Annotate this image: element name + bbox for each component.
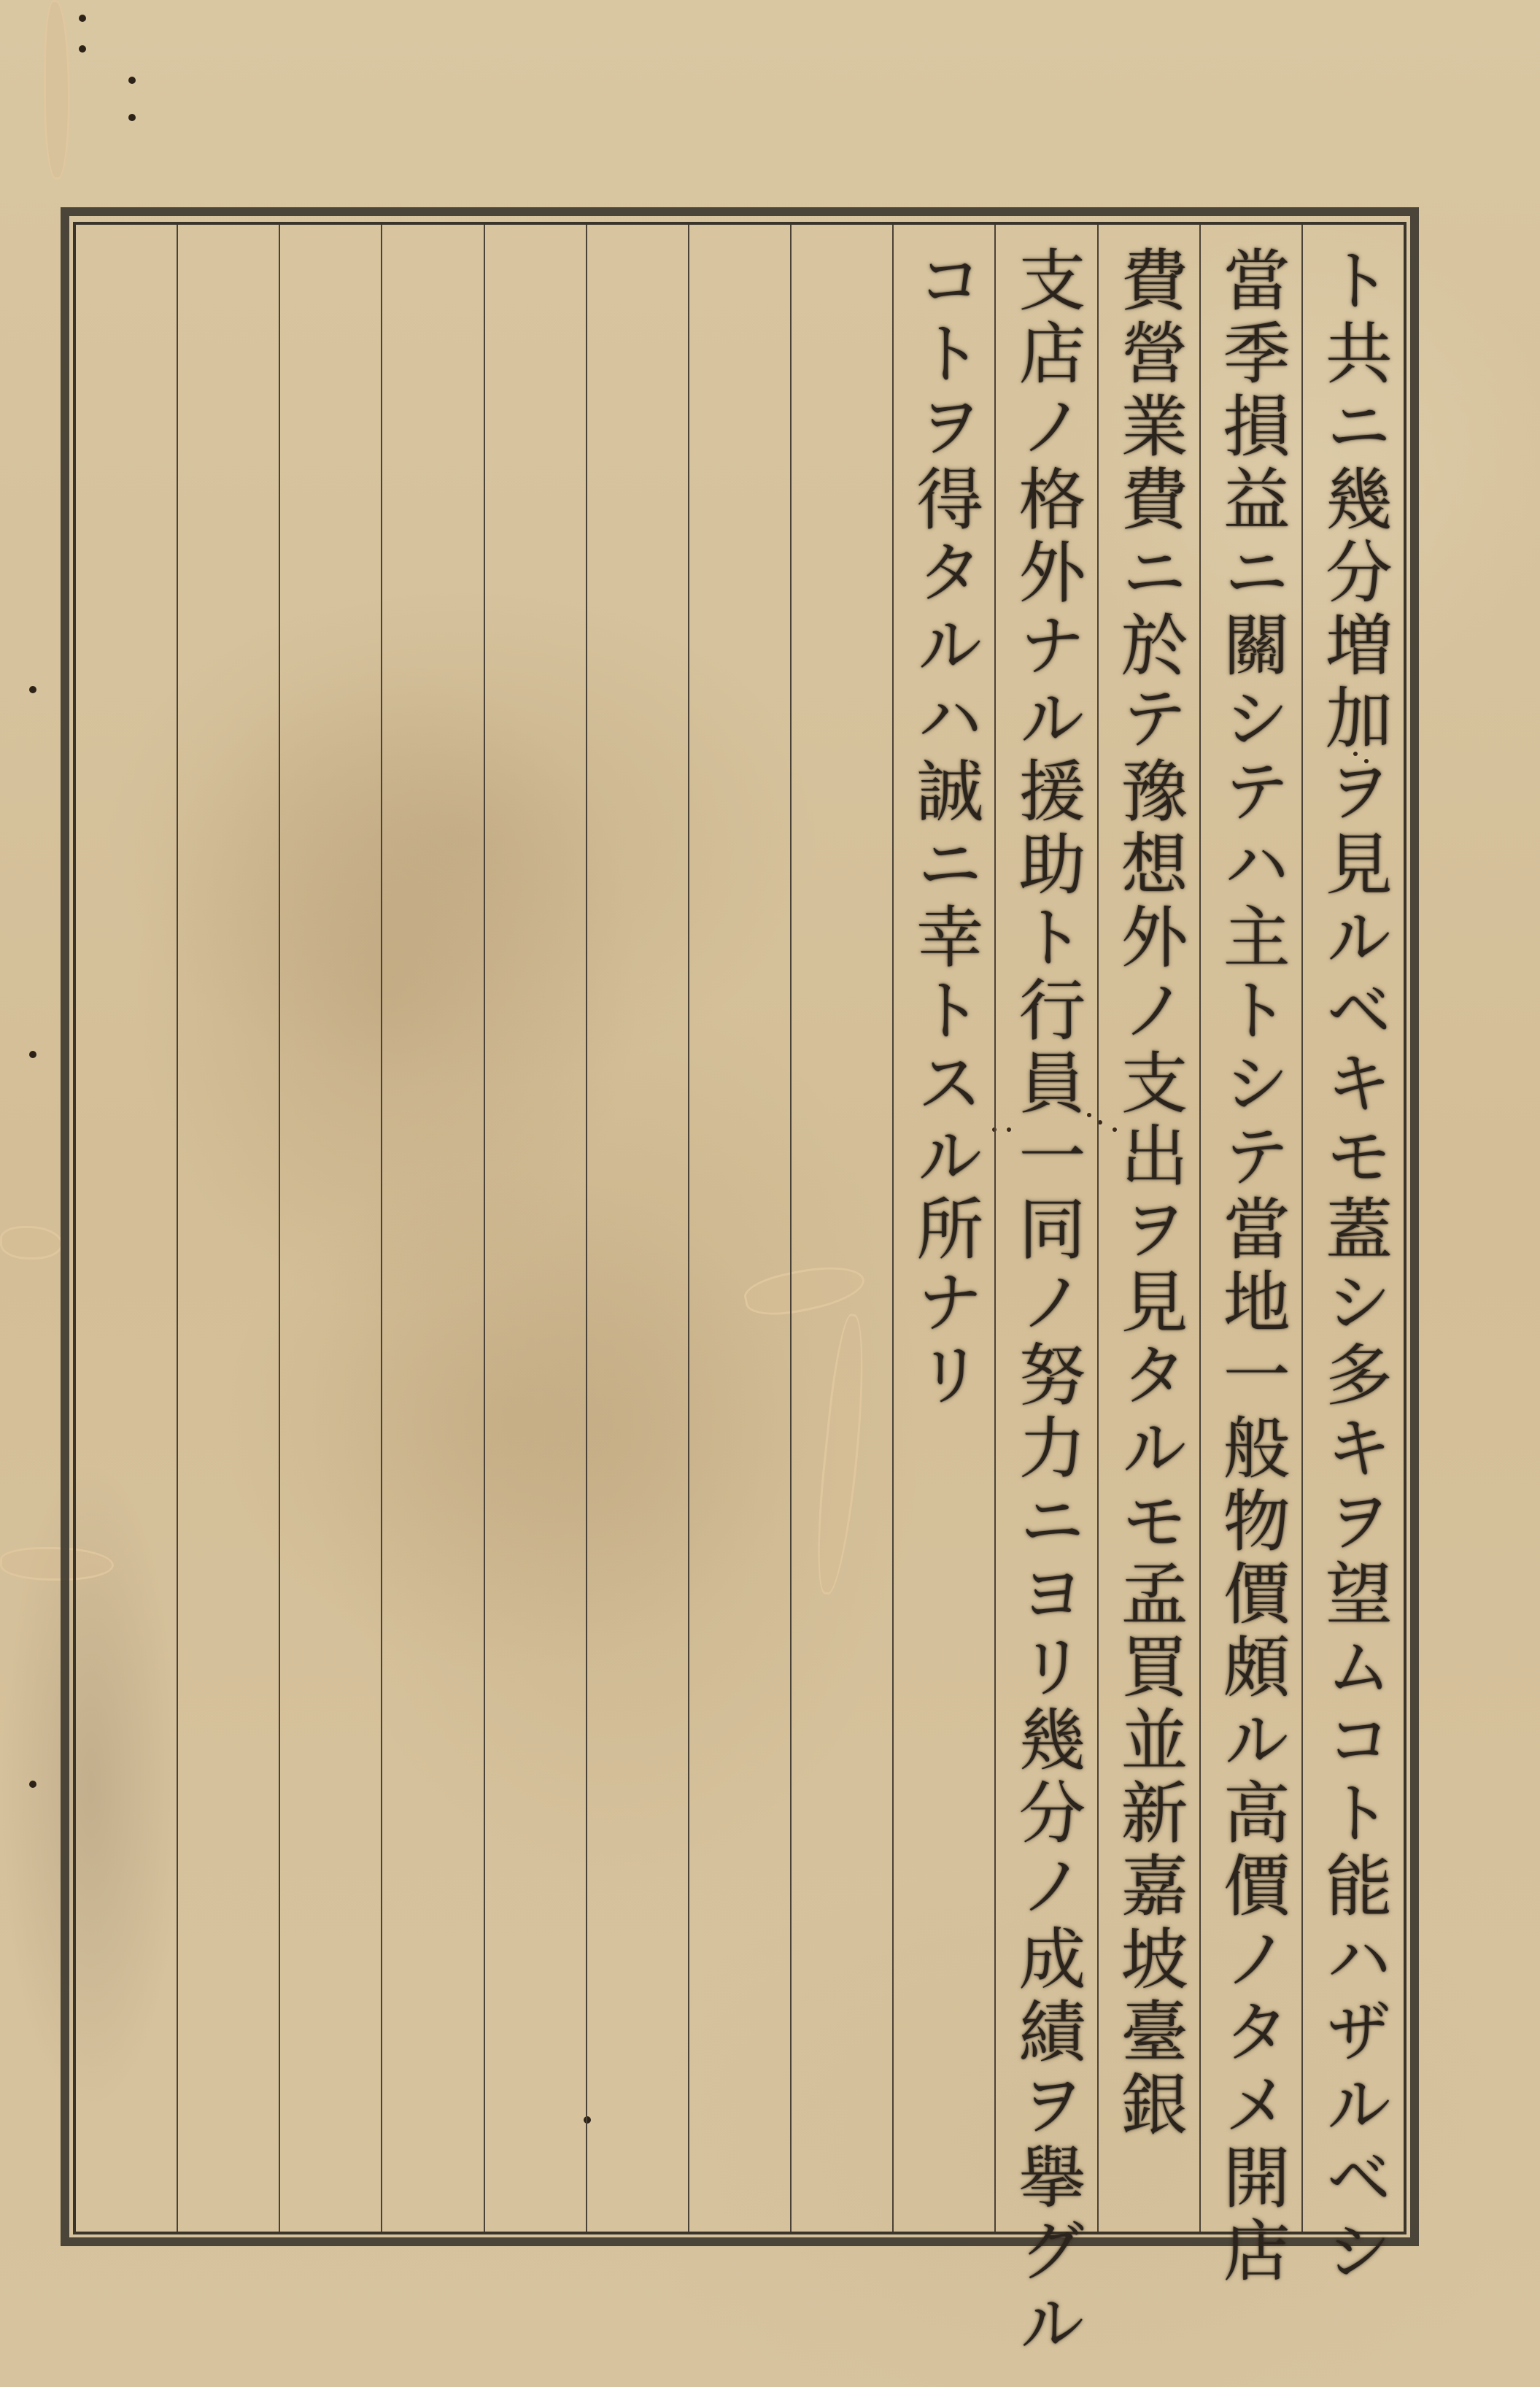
column-text: 費營業費ニ於テ豫想外ノ支出ヲ見タルモ孟買並新嘉坡臺銀 [1115, 245, 1183, 2232]
binding-hole [79, 45, 86, 53]
column-text: 支店ノ格外ナル援助ト行員一同ノ努力ニヨリ幾分ノ成績ヲ擧グル [1013, 245, 1080, 2232]
paper-tear [0, 1226, 63, 1260]
binding-hole [128, 114, 136, 121]
text-column-2: 當季損益ニ關シテハ主トシテ當地一般物價頗ル高價ノタメ開店 [1199, 225, 1301, 2232]
binding-hole [29, 1051, 36, 1058]
text-column-5: コトヲ得タルハ誠ニ幸トスル所ナリ [892, 225, 994, 2232]
text-column-3: 費營業費ニ於テ豫想外ノ支出ヲ見タルモ孟買並新嘉坡臺銀 [1097, 225, 1199, 2232]
text-column-10 [381, 225, 483, 2232]
text-column-4: 支店ノ格外ナル援助ト行員一同ノ努力ニヨリ幾分ノ成績ヲ擧グル [994, 225, 1096, 2232]
text-column-12 [177, 225, 279, 2232]
binding-hole [128, 77, 136, 84]
column-text: 當季損益ニ關シテハ主トシテ當地一般物價頗ル高價ノタメ開店 [1218, 245, 1285, 2232]
column-text: コトヲ得タルハ誠ニ幸トスル所ナリ [910, 245, 978, 2232]
document-page: ト共ニ幾分増加ヲ見ルベキモ蓋シ多キヲ望ムコト能ハザルベシ 當季損益ニ關シテハ主ト… [0, 0, 1540, 2387]
binding-hole [29, 1781, 36, 1788]
paper-tear [44, 0, 70, 180]
text-column-9 [484, 225, 586, 2232]
binding-hole [79, 15, 86, 22]
text-column-11 [279, 225, 381, 2232]
text-column-1: ト共ニ幾分増加ヲ見ルベキモ蓋シ多キヲ望ムコト能ハザルベシ [1301, 225, 1404, 2232]
ruled-columns: ト共ニ幾分増加ヲ見ルベキモ蓋シ多キヲ望ムコト能ハザルベシ 當季損益ニ關シテハ主ト… [76, 225, 1404, 2232]
text-column-6 [790, 225, 892, 2232]
text-column-13 [76, 225, 177, 2232]
column-text: ト共ニ幾分増加ヲ見ルベキモ蓋シ多キヲ望ムコト能ハザルベシ [1320, 245, 1387, 2232]
text-column-7 [688, 225, 790, 2232]
binding-hole [29, 686, 36, 693]
text-column-8 [586, 225, 688, 2232]
